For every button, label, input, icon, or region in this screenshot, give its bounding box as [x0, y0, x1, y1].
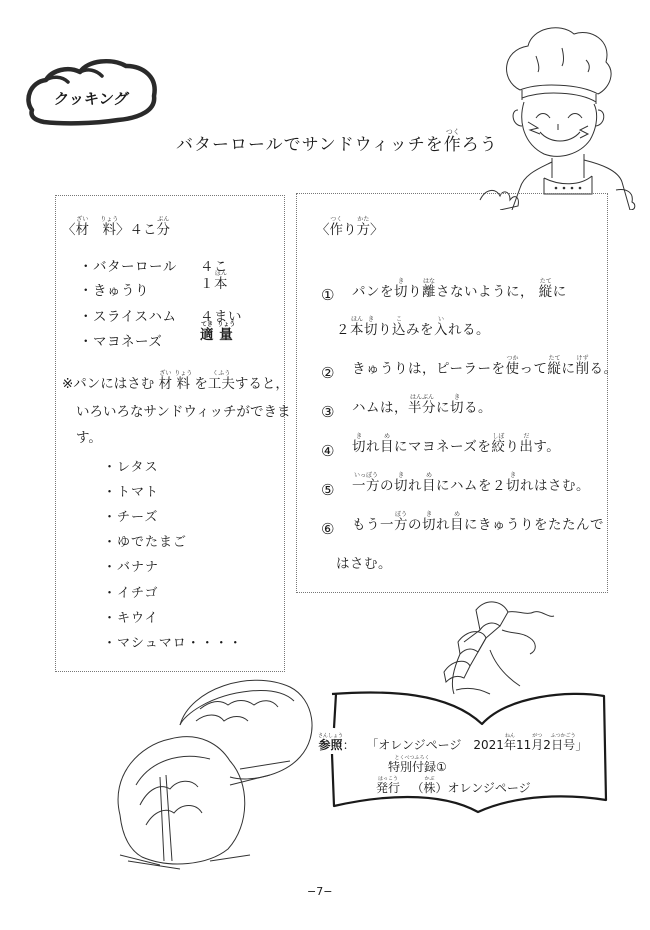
ingredients-note: ※パンにはさむ 材ざい 料りょう を工夫くふうすると，: [62, 370, 289, 392]
method-box: [296, 193, 608, 593]
filling-item: ・バナナ: [103, 556, 159, 575]
filling-item: ・キウイ: [103, 607, 159, 626]
step-number: ⑥: [321, 520, 334, 538]
ingredient-name: ・きゅうり: [79, 279, 149, 299]
step-number: ③: [321, 403, 334, 421]
reference-line-1: 参照さんしょう： 「オレンジページ 2021年ねん11月がつ2日号ふつかごう」: [318, 733, 587, 753]
book-frame-icon: [328, 688, 610, 834]
step-text-continued: はさむ。: [336, 552, 392, 572]
filling-item: ・マシュマロ・・・・: [103, 632, 243, 651]
chef-illustration-icon: [440, 10, 640, 210]
ingredient-name: ・バターロール: [79, 255, 177, 275]
ingredients-header: 〈材ざい 料りょう〉４こ分ぶん: [62, 216, 170, 238]
reference-line-2: 特別付録とくべつふろく①: [388, 755, 447, 775]
step-text: ハムは，半分はんぶんに切きる。: [352, 394, 492, 416]
ingredients-note-line2: いろいろなサンドウィッチができま: [76, 406, 291, 420]
step-number: ①: [321, 286, 334, 304]
section-badge-label: クッキング: [53, 88, 130, 109]
step-text: きゅうりは，ピーラーを使つかって縦たてに削けずる。: [352, 355, 617, 377]
filling-item: ・レタス: [103, 456, 158, 475]
step-text: パンを切きり離はなさないように， 縦たてに: [352, 278, 567, 300]
filling-item: ・トマト: [103, 481, 159, 500]
step-text-continued: ２本ほん切きり込こみを入いれる。: [336, 316, 490, 338]
step-number: ④: [321, 442, 334, 460]
method-header: 〈作つくり方かた〉: [316, 216, 384, 238]
hand-cucumber-illustration-icon: [430, 590, 570, 700]
sandwich-illustration-icon: [100, 665, 320, 875]
ingredients-note-line3: す。: [76, 432, 102, 446]
page-number: −7−: [307, 885, 332, 898]
filling-item: ・ゆでたまご: [103, 531, 187, 550]
step-number: ②: [321, 364, 334, 382]
filling-item: ・イチゴ: [103, 582, 158, 601]
ingredient-qty: １本ぼん: [200, 270, 228, 292]
filling-item: ・チーズ: [103, 506, 158, 525]
step-text: もう一方ぼうの切きれ目めにきゅうりをたたんで: [352, 511, 604, 533]
step-text: 切きれ目めにマヨネーズを絞しぼり出だす。: [352, 433, 560, 455]
ingredient-qty: 適てき 量りょう: [200, 321, 235, 343]
reference-line-3: 発行はっこう （株かぶ）オレンジページ: [376, 776, 531, 796]
ingredient-name: ・マヨネーズ: [79, 330, 162, 350]
step-text: 一方いっぽうの切きれ目めにハムを２切きれはさむ。: [352, 472, 590, 494]
step-number: ⑤: [321, 481, 334, 499]
ingredient-name: ・スライスハム: [79, 305, 176, 325]
